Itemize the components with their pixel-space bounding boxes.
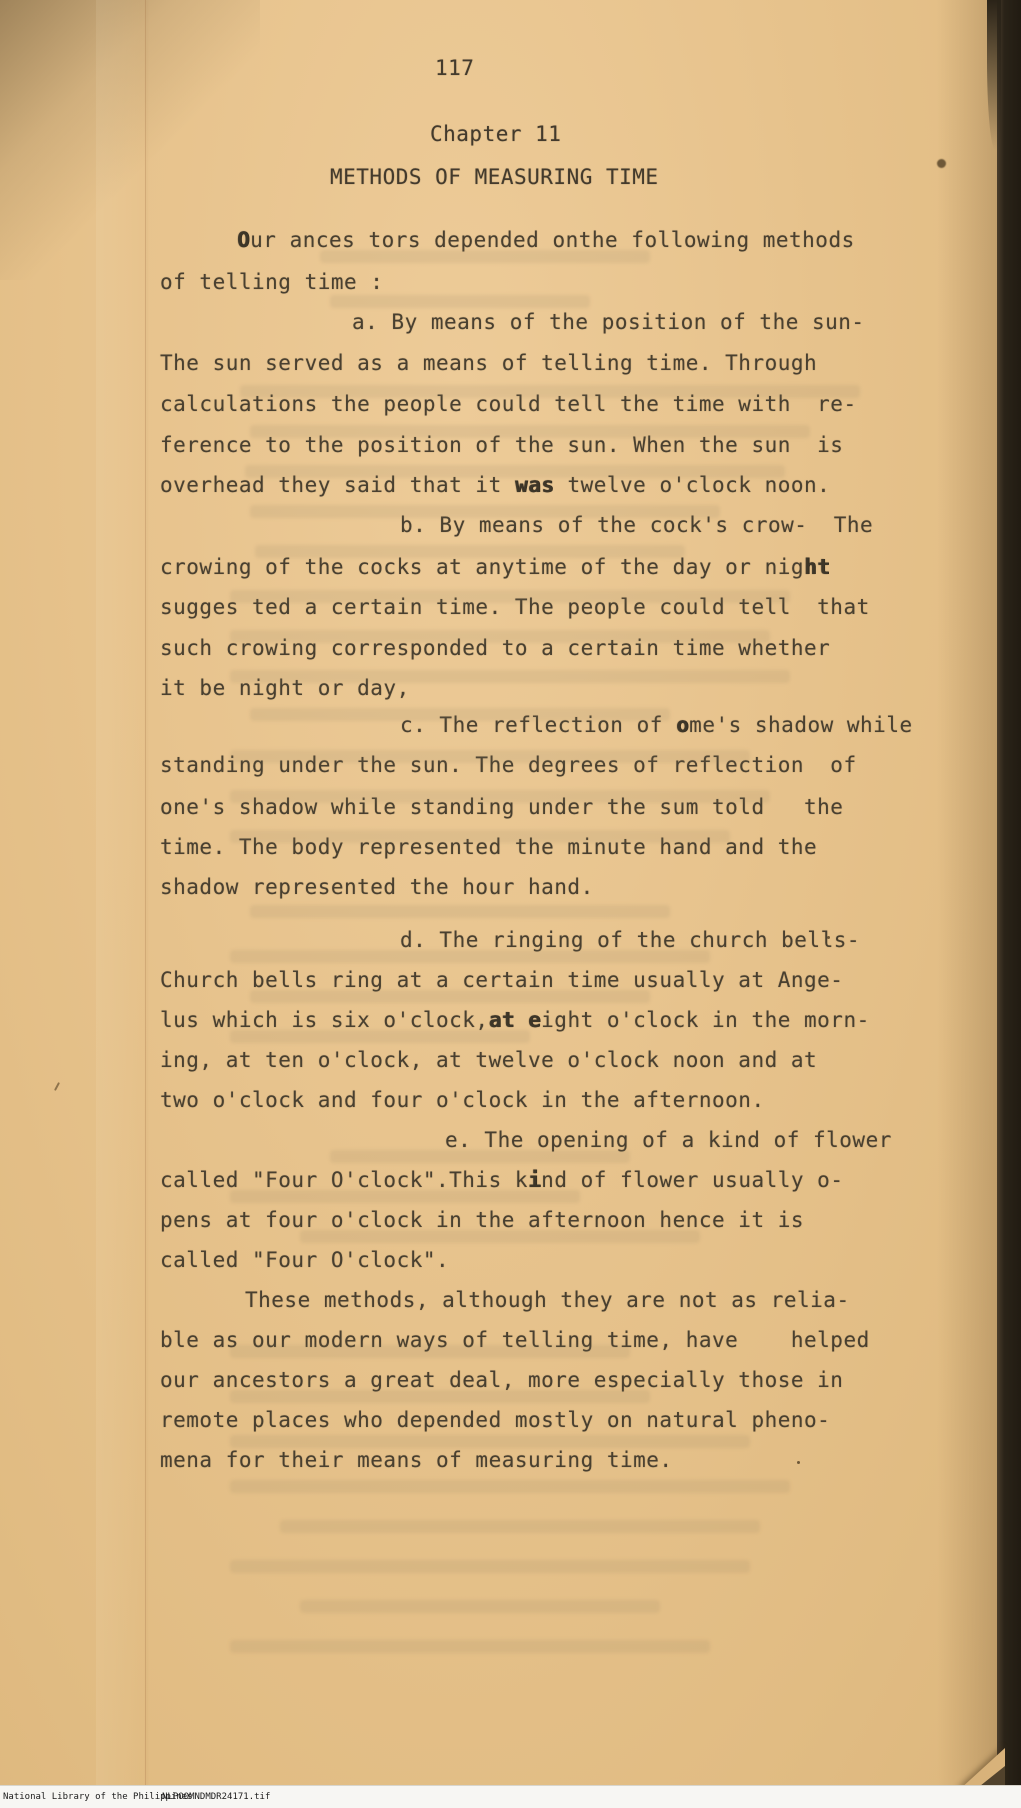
scan-edge-notch xyxy=(987,0,1001,150)
bleed-through-smudge xyxy=(300,1600,660,1613)
ink-speck xyxy=(827,936,830,939)
bleed-through-smudge xyxy=(230,1640,710,1653)
typed-line: overhead they said that it was twelve o'… xyxy=(160,473,830,497)
typed-line: Our ances tors depended onthe following … xyxy=(237,228,855,252)
typed-line: calculations the people could tell the t… xyxy=(160,392,857,416)
typed-line: such crowing corresponded to a certain t… xyxy=(160,636,830,660)
typed-line: b. By means of the cock's crow- The xyxy=(400,513,873,537)
ink-speck xyxy=(797,1461,800,1464)
typed-line: a. By means of the position of the sun- xyxy=(352,310,865,334)
bleed-through-smudge xyxy=(230,1480,790,1493)
bleed-through-smudge xyxy=(230,1560,750,1573)
typed-line: ference to the position of the sun. When… xyxy=(160,433,843,457)
typed-line: c. The reflection of ome's shadow while xyxy=(400,713,913,737)
typed-line: pens at four o'clock in the afternoon he… xyxy=(160,1208,804,1232)
typed-line: of telling time : xyxy=(160,270,383,294)
typed-line: These methods, although they are not as … xyxy=(245,1288,850,1312)
scanned-page: 117 Chapter 11 METHODS OF MEASURING TIME… xyxy=(0,0,1021,1808)
bleed-through-smudge xyxy=(330,295,590,308)
typed-line: ble as our modern ways of telling time, … xyxy=(160,1328,870,1352)
typed-line: two o'clock and four o'clock in the afte… xyxy=(160,1088,765,1112)
chapter-heading: Chapter 11 xyxy=(430,122,561,146)
typed-line: remote places who depended mostly on nat… xyxy=(160,1408,830,1432)
typed-line: ing, at ten o'clock, at twelve o'clock n… xyxy=(160,1048,817,1072)
vertical-crease xyxy=(145,0,146,1786)
bleed-through-smudge xyxy=(250,905,670,918)
typed-line: called "Four O'clock".This kind of flowe… xyxy=(160,1168,843,1192)
scan-background-edge xyxy=(997,0,1021,1786)
typed-line: shadow represented the hour hand. xyxy=(160,875,594,899)
page-title: METHODS OF MEASURING TIME xyxy=(330,165,659,189)
typed-line: time. The body represented the minute ha… xyxy=(160,835,817,859)
typed-line: sugges ted a certain time. The people co… xyxy=(160,595,870,619)
typed-line: lus which is six o'clock,at eight o'cloc… xyxy=(160,1008,870,1032)
typed-line: it be night or day, xyxy=(160,676,410,700)
left-margin-band xyxy=(96,0,146,1786)
typed-line: The sun served as a means of telling tim… xyxy=(160,351,817,375)
typed-line: e. The opening of a kind of flower xyxy=(445,1128,892,1152)
typed-line: Church bells ring at a certain time usua… xyxy=(160,968,843,992)
scan-filename: NLPOOMNDMDR24171.tif xyxy=(162,1792,270,1802)
typed-line: called "Four O'clock". xyxy=(160,1248,449,1272)
typed-line: our ancestors a great deal, more especia… xyxy=(160,1368,843,1392)
page-edge-shading xyxy=(937,0,997,1786)
typed-line: one's shadow while standing under the su… xyxy=(160,795,843,819)
page-number: 117 xyxy=(435,56,474,80)
typed-line: crowing of the cocks at anytime of the d… xyxy=(160,555,830,579)
bleed-through-smudge xyxy=(230,1435,750,1448)
typed-line: standing under the sun. The degrees of r… xyxy=(160,753,857,777)
pencil-mark xyxy=(54,1082,60,1091)
bleed-through-smudge xyxy=(280,1520,760,1533)
typed-line: d. The ringing of the church bells- xyxy=(400,928,860,952)
typed-line: mena for their means of measuring time. xyxy=(160,1448,673,1472)
scan-footer-bar: National Library of the Philippines NLPO… xyxy=(0,1785,1021,1808)
